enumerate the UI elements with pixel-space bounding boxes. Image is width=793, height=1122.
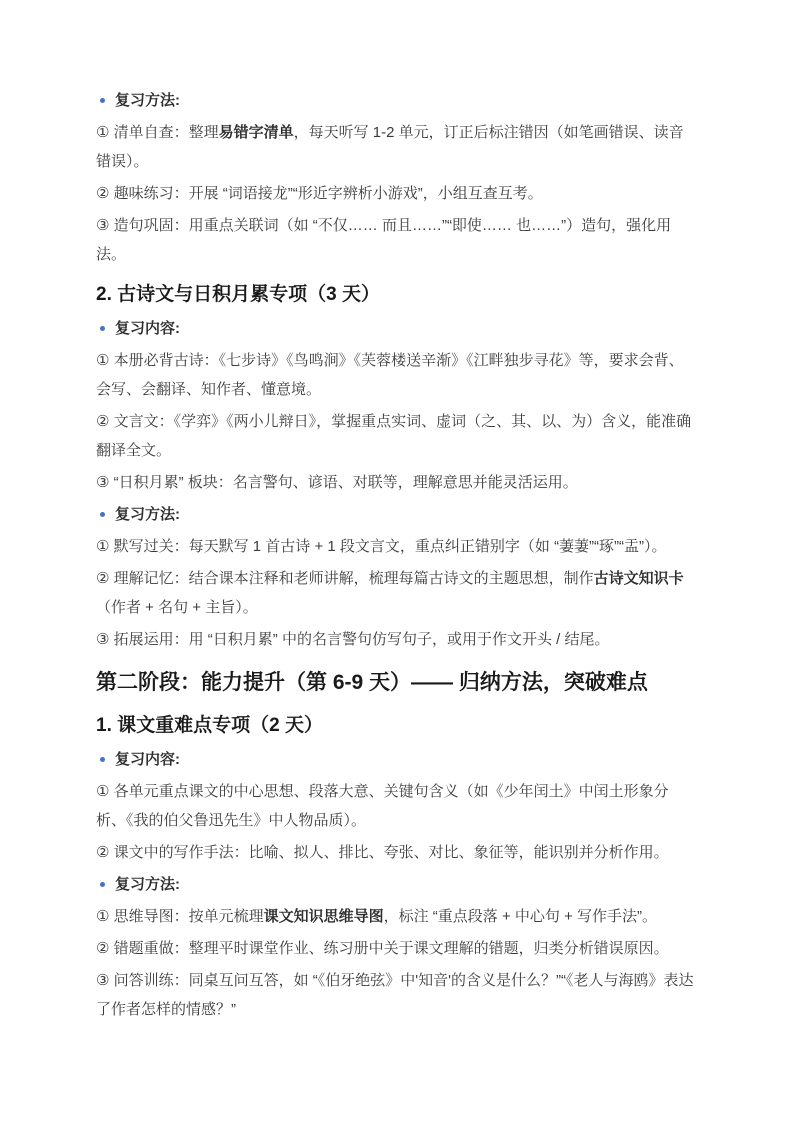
- paragraph-lessons-method3: ③ 问答训练：同桌互问互答，如 “《伯牙绝弦》中'知音'的含义是什么？”“《老人…: [96, 966, 697, 1024]
- text-segment: ① 清单自查：整理: [96, 124, 219, 141]
- text-segment: ，标注 “重点段落 + 中心句 + 写作手法”。: [384, 908, 657, 925]
- bullet-icon: [100, 98, 105, 103]
- document-page: 复习方法: ① 清单自查：整理易错字清单，每天听写 1-2 单元，订正后标注错因…: [0, 0, 793, 1122]
- bullet-icon: [100, 326, 105, 331]
- text-segment: （作者 + 名句 + 主旨）。: [96, 599, 258, 616]
- bullet-item-methods-poetry: 复习方法:: [96, 500, 697, 529]
- content-label: 复习内容:: [115, 314, 180, 343]
- section-title-poetry: 2. 古诗文与日积月累专项（3 天）: [96, 281, 697, 308]
- bullet-item-methods-basics: 复习方法:: [96, 86, 697, 115]
- paragraph-poetry-content1: ① 本册必背古诗：《七步诗》《鸟鸣涧》《芙蓉楼送辛渐》《江畔独步寻花》等，要求会…: [96, 346, 697, 404]
- bullet-icon: [100, 882, 105, 887]
- bullet-icon: [100, 757, 105, 762]
- paragraph-lessons-method1: ① 思维导图：按单元梳理课文知识思维导图，标注 “重点段落 + 中心句 + 写作…: [96, 902, 697, 931]
- paragraph-basics-method2: ② 趣味练习：开展 “词语接龙”“形近字辨析小游戏”，小组互查互考。: [96, 179, 697, 208]
- content-label: 复习内容:: [115, 745, 180, 774]
- paragraph-basics-method1: ① 清单自查：整理易错字清单，每天听写 1-2 单元，订正后标注错因（如笔画错误…: [96, 118, 697, 176]
- paragraph-poetry-content3: ③ “日积月累” 板块：名言警句、谚语、对联等，理解意思并能灵活运用。: [96, 468, 697, 497]
- paragraph-basics-method3: ③ 造句巩固：用重点关联词（如 “不仅…… 而且……”“即使…… 也……”）造句…: [96, 211, 697, 269]
- text-segment: ① 思维导图：按单元梳理: [96, 908, 264, 925]
- paragraph-poetry-content2: ② 文言文：《学弈》《两小儿辩日》，掌握重点实词、虚词（之、其、以、为）含义，能…: [96, 407, 697, 465]
- paragraph-poetry-method3: ③ 拓展运用：用 “日积月累” 中的名言警句仿写句子，或用于作文开头 / 结尾。: [96, 625, 697, 654]
- methods-label: 复习方法:: [115, 870, 180, 899]
- paragraph-poetry-method2: ② 理解记忆：结合课本注释和老师讲解，梳理每篇古诗文的主题思想，制作古诗文知识卡…: [96, 564, 697, 622]
- bullet-item-methods-lessons: 复习方法:: [96, 870, 697, 899]
- bullet-item-content-lessons: 复习内容:: [96, 745, 697, 774]
- bullet-item-content-poetry: 复习内容:: [96, 314, 697, 343]
- methods-label: 复习方法:: [115, 86, 180, 115]
- text-segment: ② 理解记忆：结合课本注释和老师讲解，梳理每篇古诗文的主题思想，制作: [96, 570, 594, 587]
- bullet-icon: [100, 512, 105, 517]
- bold-term: 易错字清单: [219, 124, 294, 141]
- methods-label: 复习方法:: [115, 500, 180, 529]
- bold-term: 古诗文知识卡: [594, 570, 684, 587]
- paragraph-poetry-method1: ① 默写过关：每天默写 1 首古诗 + 1 段文言文，重点纠正错别字（如 “萋萋…: [96, 532, 697, 561]
- bold-term: 课文知识思维导图: [264, 908, 384, 925]
- section-title-lessons: 1. 课文重难点专项（2 天）: [96, 712, 697, 739]
- paragraph-lessons-content1: ① 各单元重点课文的中心思想、段落大意、关键句含义（如《少年闰土》中闰土形象分析…: [96, 777, 697, 835]
- paragraph-lessons-content2: ② 课文中的写作手法：比喻、拟人、排比、夸张、对比、象征等，能识别并分析作用。: [96, 838, 697, 867]
- stage2-title: 第二阶段：能力提升（第 6-9 天）—— 归纳方法，突破难点: [96, 668, 697, 698]
- paragraph-lessons-method2: ② 错题重做：整理平时课堂作业、练习册中关于课文理解的错题，归类分析错误原因。: [96, 934, 697, 963]
